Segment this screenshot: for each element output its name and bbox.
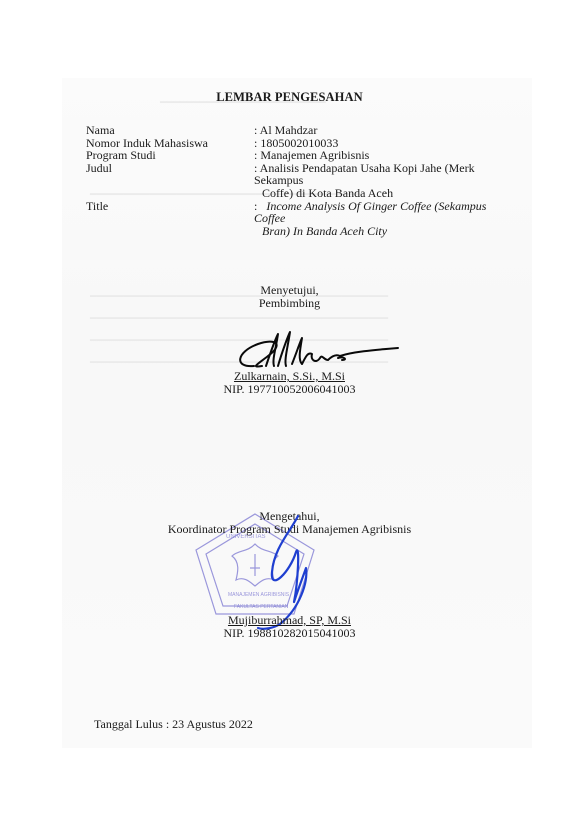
field-row-judul: Judul : Analisis Pendapatan Usaha Kopi J… [86, 162, 512, 187]
field-label: Program Studi [86, 149, 254, 162]
field-row-program: Program Studi : Manajemen Agribisnis [86, 149, 512, 162]
field-value: : Income Analysis Of Ginger Coffee (Seka… [254, 200, 504, 225]
field-value: : Manajemen Agribisnis [254, 149, 504, 162]
field-value: : Analisis Pendapatan Usaha Kopi Jahe (M… [254, 162, 504, 187]
page-title: LEMBAR PENGESAHAN [0, 90, 579, 105]
field-row-name: Nama : Al Mahdzar [86, 124, 512, 137]
student-info: Nama : Al Mahdzar Nomor Induk Mahasiswa … [86, 124, 512, 237]
supervisor-nip: NIP. 197710052006041003 [0, 383, 579, 396]
graduation-date: Tanggal Lulus : 23 Agustus 2022 [94, 717, 253, 732]
bleed-through-text: ━━━━━━━━━━━━━━━━━━━━━━━━━━━━━━━━━━━━━━━━… [90, 312, 388, 325]
approval-signatory: Zulkarnain, S.Si., M.Si NIP. 19771005200… [0, 370, 579, 396]
acknowledgement-signatory: Mujiburrahmad, SP, M.Si NIP. 19881028201… [0, 614, 579, 640]
field-value-continued: Bran) In Banda Aceh City [254, 225, 512, 238]
approval-block: Menyetujui, Pembimbing [0, 284, 579, 310]
field-row-title-cont: Bran) In Banda Aceh City [86, 225, 512, 238]
field-row-title: Title : Income Analysis Of Ginger Coffee… [86, 200, 512, 225]
english-title: Income Analysis Of Ginger Coffee (Sekamp… [254, 199, 486, 226]
field-value: : Al Mahdzar [254, 124, 504, 137]
approval-role: Pembimbing [0, 297, 579, 310]
field-label: Nama [86, 124, 254, 137]
field-label: Judul [86, 162, 254, 187]
coordinator-nip: NIP. 198810282015041003 [0, 627, 579, 640]
field-label: Title [86, 200, 254, 225]
